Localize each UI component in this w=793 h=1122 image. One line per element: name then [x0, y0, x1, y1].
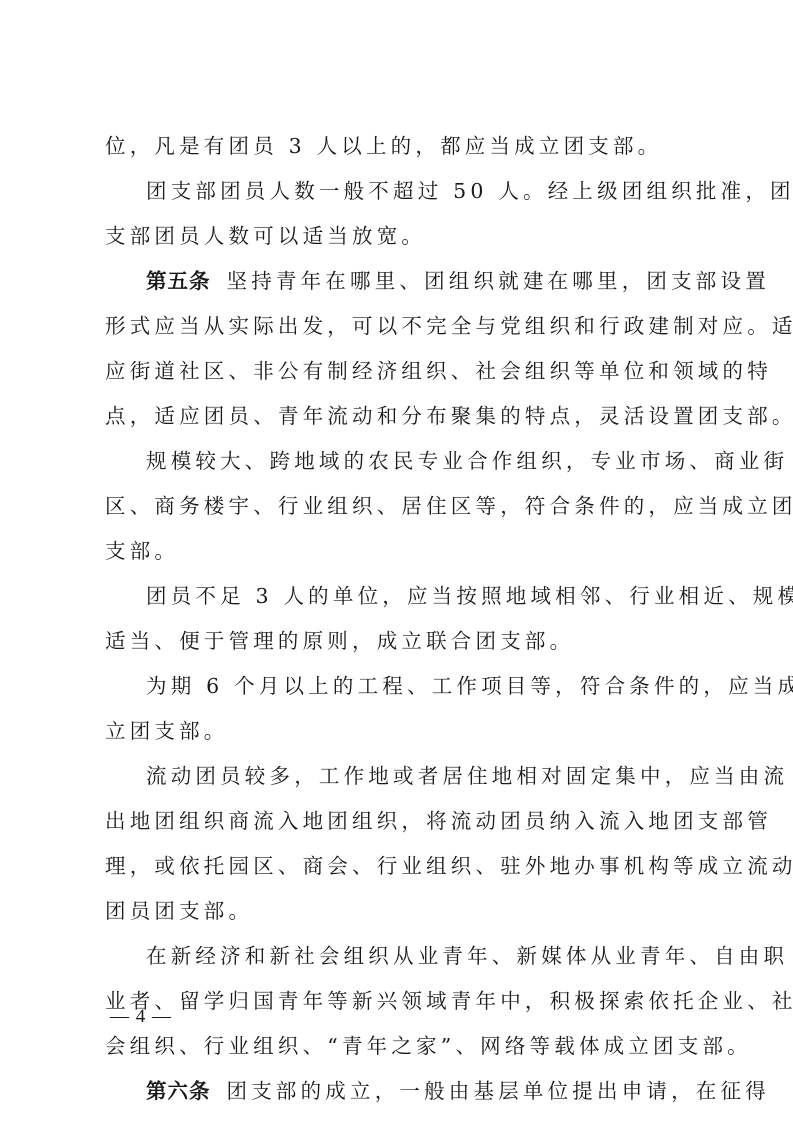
paragraph-line: 位，凡是有团员 3 人以上的，都应当成立团支部。: [105, 130, 662, 162]
article-5-line: 第五条坚持青年在哪里、团组织就建在哪里，团支部设置: [146, 265, 770, 297]
paragraph-line: 应街道社区、非公有制经济组织、社会组织等单位和领域的特: [105, 355, 772, 387]
paragraph-line: 业者、留学归国青年等新兴领域青年中，积极探索依托企业、社: [105, 985, 793, 1017]
paragraph-line: 适当、便于管理的原则，成立联合团支部。: [105, 625, 574, 657]
paragraph-line: 为期 6 个月以上的工程、工作项目等，符合条件的，应当成: [146, 670, 793, 702]
article-text: 坚持青年在哪里、团组织就建在哪里，团支部设置: [227, 269, 770, 293]
article-label: 第六条: [146, 1079, 211, 1103]
article-6-line: 第六条团支部的成立，一般由基层单位提出申请，在征得: [146, 1075, 770, 1107]
paragraph-line: 点，适应团员、青年流动和分布聚集的特点，灵活设置团支部。: [105, 400, 793, 432]
paragraph-line: 支部。: [105, 535, 179, 567]
paragraph-line: 流动团员较多，工作地或者居住地相对固定集中，应当由流: [146, 760, 788, 792]
paragraph-line: 形式应当从实际出发，可以不完全与党组织和行政建制对应。适: [105, 310, 793, 342]
paragraph-line: 团员不足 3 人的单位，应当按照地域相邻、行业相近、规模: [146, 580, 793, 612]
page-number: — 4 —: [110, 1005, 172, 1029]
paragraph-line: 理，或依托园区、商会、行业组织、驻外地办事机构等成立流动: [105, 850, 793, 882]
paragraph-line: 规模较大、跨地域的农民专业合作组织，专业市场、商业街: [146, 445, 788, 477]
paragraph-line: 支部团员人数可以适当放宽。: [105, 220, 426, 252]
paragraph-line: 区、商务楼宇、行业组织、居住区等，符合条件的，应当成立团: [105, 490, 793, 522]
paragraph-line: 在新经济和新社会组织从业青年、新媒体从业青年、自由职: [146, 940, 788, 972]
paragraph-line: 会组织、行业组织、“青年之家”、网络等载体成立团支部。: [105, 1030, 752, 1062]
paragraph-line: 出地团组织商流入地团组织，将流动团员纳入流入地团支部管: [105, 805, 772, 837]
paragraph-line: 团员团支部。: [105, 895, 253, 927]
paragraph-line: 立团支部。: [105, 715, 229, 747]
article-label: 第五条: [146, 269, 211, 293]
article-text: 团支部的成立，一般由基层单位提出申请，在征得: [227, 1079, 770, 1103]
paragraph-line: 团支部团员人数一般不超过 50 人。经上级团组织批准，团: [146, 175, 793, 207]
